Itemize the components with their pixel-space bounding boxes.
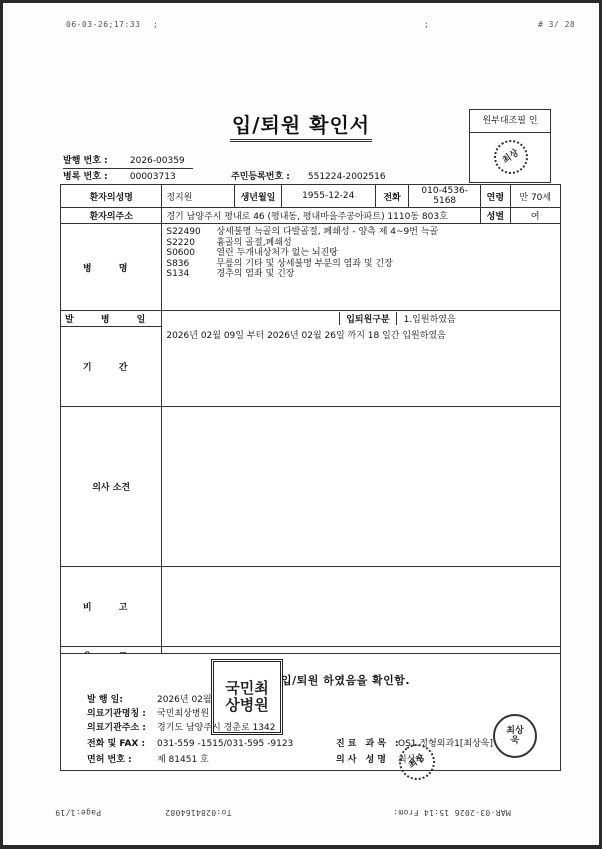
onset-cell: 입퇴원구분 1.입원하였음 [162, 311, 561, 327]
patient-sex: 여 [510, 208, 560, 224]
hospital-tel-fax: 전화 및 FAX :031-559 -1515/031-595 -9123 [87, 736, 293, 749]
onset-label: 발 병 일 [61, 311, 162, 327]
onset-row: 발 병 일 입퇴원구분 1.입원하였음 [61, 311, 561, 327]
doctor-seal-icon: 최상욱 [493, 714, 537, 758]
fax-footer-datetime: MAR-03-2026 15:14 From: [393, 808, 511, 817]
remarks-value [162, 567, 561, 647]
opinion-value [162, 407, 561, 567]
fax-page-count: # 3/ 28 [538, 20, 575, 29]
opinion-row: 의사 소견 [61, 407, 561, 567]
dob-label: 생년월일 [235, 185, 281, 208]
diagnosis-code: S134 [166, 269, 216, 280]
issue-number: 발행 번호 : 2026-00359 [63, 153, 193, 169]
diagnosis-description: 열린 두개내상처가 없는 뇌진탕 [216, 248, 338, 259]
diagnosis-code: S0600 [166, 248, 216, 259]
chart-number: 병록 번호 : 00003713 [63, 169, 193, 185]
diagnosis-item: S22490상세불명 늑골의 다발골절, 폐쇄성 - 양측 제 4~9번 늑골 [166, 227, 556, 238]
diagnosis-description: 상세불명 늑골의 다발골절, 폐쇄성 - 양측 제 4~9번 늑골 [216, 227, 438, 238]
issue-date: 발 행 일:2026년 02월 [87, 692, 212, 705]
fax-footer-page: Page:1/19 [55, 808, 101, 817]
diagnosis-item: S836무릎의 기타 및 상세불명 부분의 염좌 및 긴장 [166, 259, 556, 270]
opinion-label: 의사 소견 [61, 407, 162, 567]
diagnosis-item: S2220흉골의 골절,폐쇄성 [166, 238, 556, 249]
diagnosis-description: 무릎의 기타 및 상세불명 부분의 염좌 및 긴장 [216, 259, 393, 270]
patient-phone: 010-4536-5168 [409, 185, 481, 208]
age-label: 연령 [481, 185, 510, 208]
fax-separator: ; [153, 20, 158, 29]
diagnosis-code: S836 [166, 259, 216, 270]
diagnosis-list: S22490상세불명 늑골의 다발골절, 폐쇄성 - 양측 제 4~9번 늑골S… [162, 224, 561, 311]
diagnosis-label: 병 명 [61, 224, 162, 311]
remarks-label: 비 고 [61, 567, 162, 647]
diagnosis-item: S0600열린 두개내상처가 없는 뇌진탕 [166, 248, 556, 259]
hospital-address: 의료기관주소 :경기도 남양주시 경춘로 1342 [87, 720, 275, 733]
admission-type-value: 1.입원하였음 [400, 315, 456, 325]
fax-page: 06-03-26;17:33 ; ; # 3/ 28 입/퇴원 확인서 원부대조… [3, 3, 599, 845]
diagnosis-code: S2220 [166, 238, 216, 249]
patient-info-table: 환자의성명 정지원 생년월일 1955-12-24 전화 010-4536-51… [60, 184, 561, 665]
diagnosis-description: 경추의 염좌 및 긴장 [216, 269, 294, 280]
patient-row-1: 환자의성명 정지원 생년월일 1955-12-24 전화 010-4536-51… [61, 185, 561, 208]
fax-footer-recipient: To:0284164082 [165, 808, 232, 817]
fax-datetime: 06-03-26;17:33 [66, 20, 140, 29]
period-value: 2026년 02월 09일 부터 2026년 02월 26일 까지 18 일간 … [162, 327, 561, 407]
diagnosis-code: S22490 [166, 227, 216, 238]
diagnosis-description: 흉골의 골절,폐쇄성 [216, 238, 291, 249]
fax-separator: ; [424, 20, 429, 29]
hospital-name: 의료기관명칭 :국민최상병원 [87, 706, 209, 719]
name-label: 환자의성명 [61, 185, 162, 208]
seal-box-header: 원부대조필 인 [470, 110, 550, 133]
certification-footer: 국민최상병원 입/퇴원 하였음을 확인함. 발 행 일:2026년 02월 의료… [60, 653, 561, 771]
period-label: 기 간 [61, 327, 162, 407]
sex-label: 성별 [481, 208, 510, 224]
patient-name: 정지원 [162, 185, 235, 208]
remarks-row: 비 고 [61, 567, 561, 647]
period-row: 기 간 2026년 02월 09일 부터 2026년 02월 26일 까지 18… [61, 327, 561, 407]
verification-seal-box: 원부대조필 인 최상 [469, 109, 551, 183]
patient-dob: 1955-12-24 [281, 185, 375, 208]
patient-age: 만 70세 [510, 185, 560, 208]
diagnosis-item: S134경추의 염좌 및 긴장 [166, 269, 556, 280]
verification-stamp-icon: 최상 [487, 133, 534, 180]
license-number: 면허 번호 :제 81451 호 [87, 752, 209, 765]
address-label: 환자의주소 [61, 208, 162, 224]
diagnosis-row: 병 명 S22490상세불명 늑골의 다발골절, 폐쇄성 - 양측 제 4~9번… [61, 224, 561, 311]
confirmation-statement: 입/퇴원 하였음을 확인함. [281, 672, 410, 688]
patient-address: 경기 남양주시 평내로 46 (평내동, 평내마을주공아파트) 1110동 80… [162, 208, 481, 224]
patient-row-2: 환자의주소 경기 남양주시 평내로 46 (평내동, 평내마을주공아파트) 11… [61, 208, 561, 224]
phone-label: 전화 [375, 185, 408, 208]
resident-registration-number: 주민등록번호 : 551224-2002516 [231, 169, 426, 185]
admission-type-label: 입퇴원구분 [339, 312, 396, 325]
